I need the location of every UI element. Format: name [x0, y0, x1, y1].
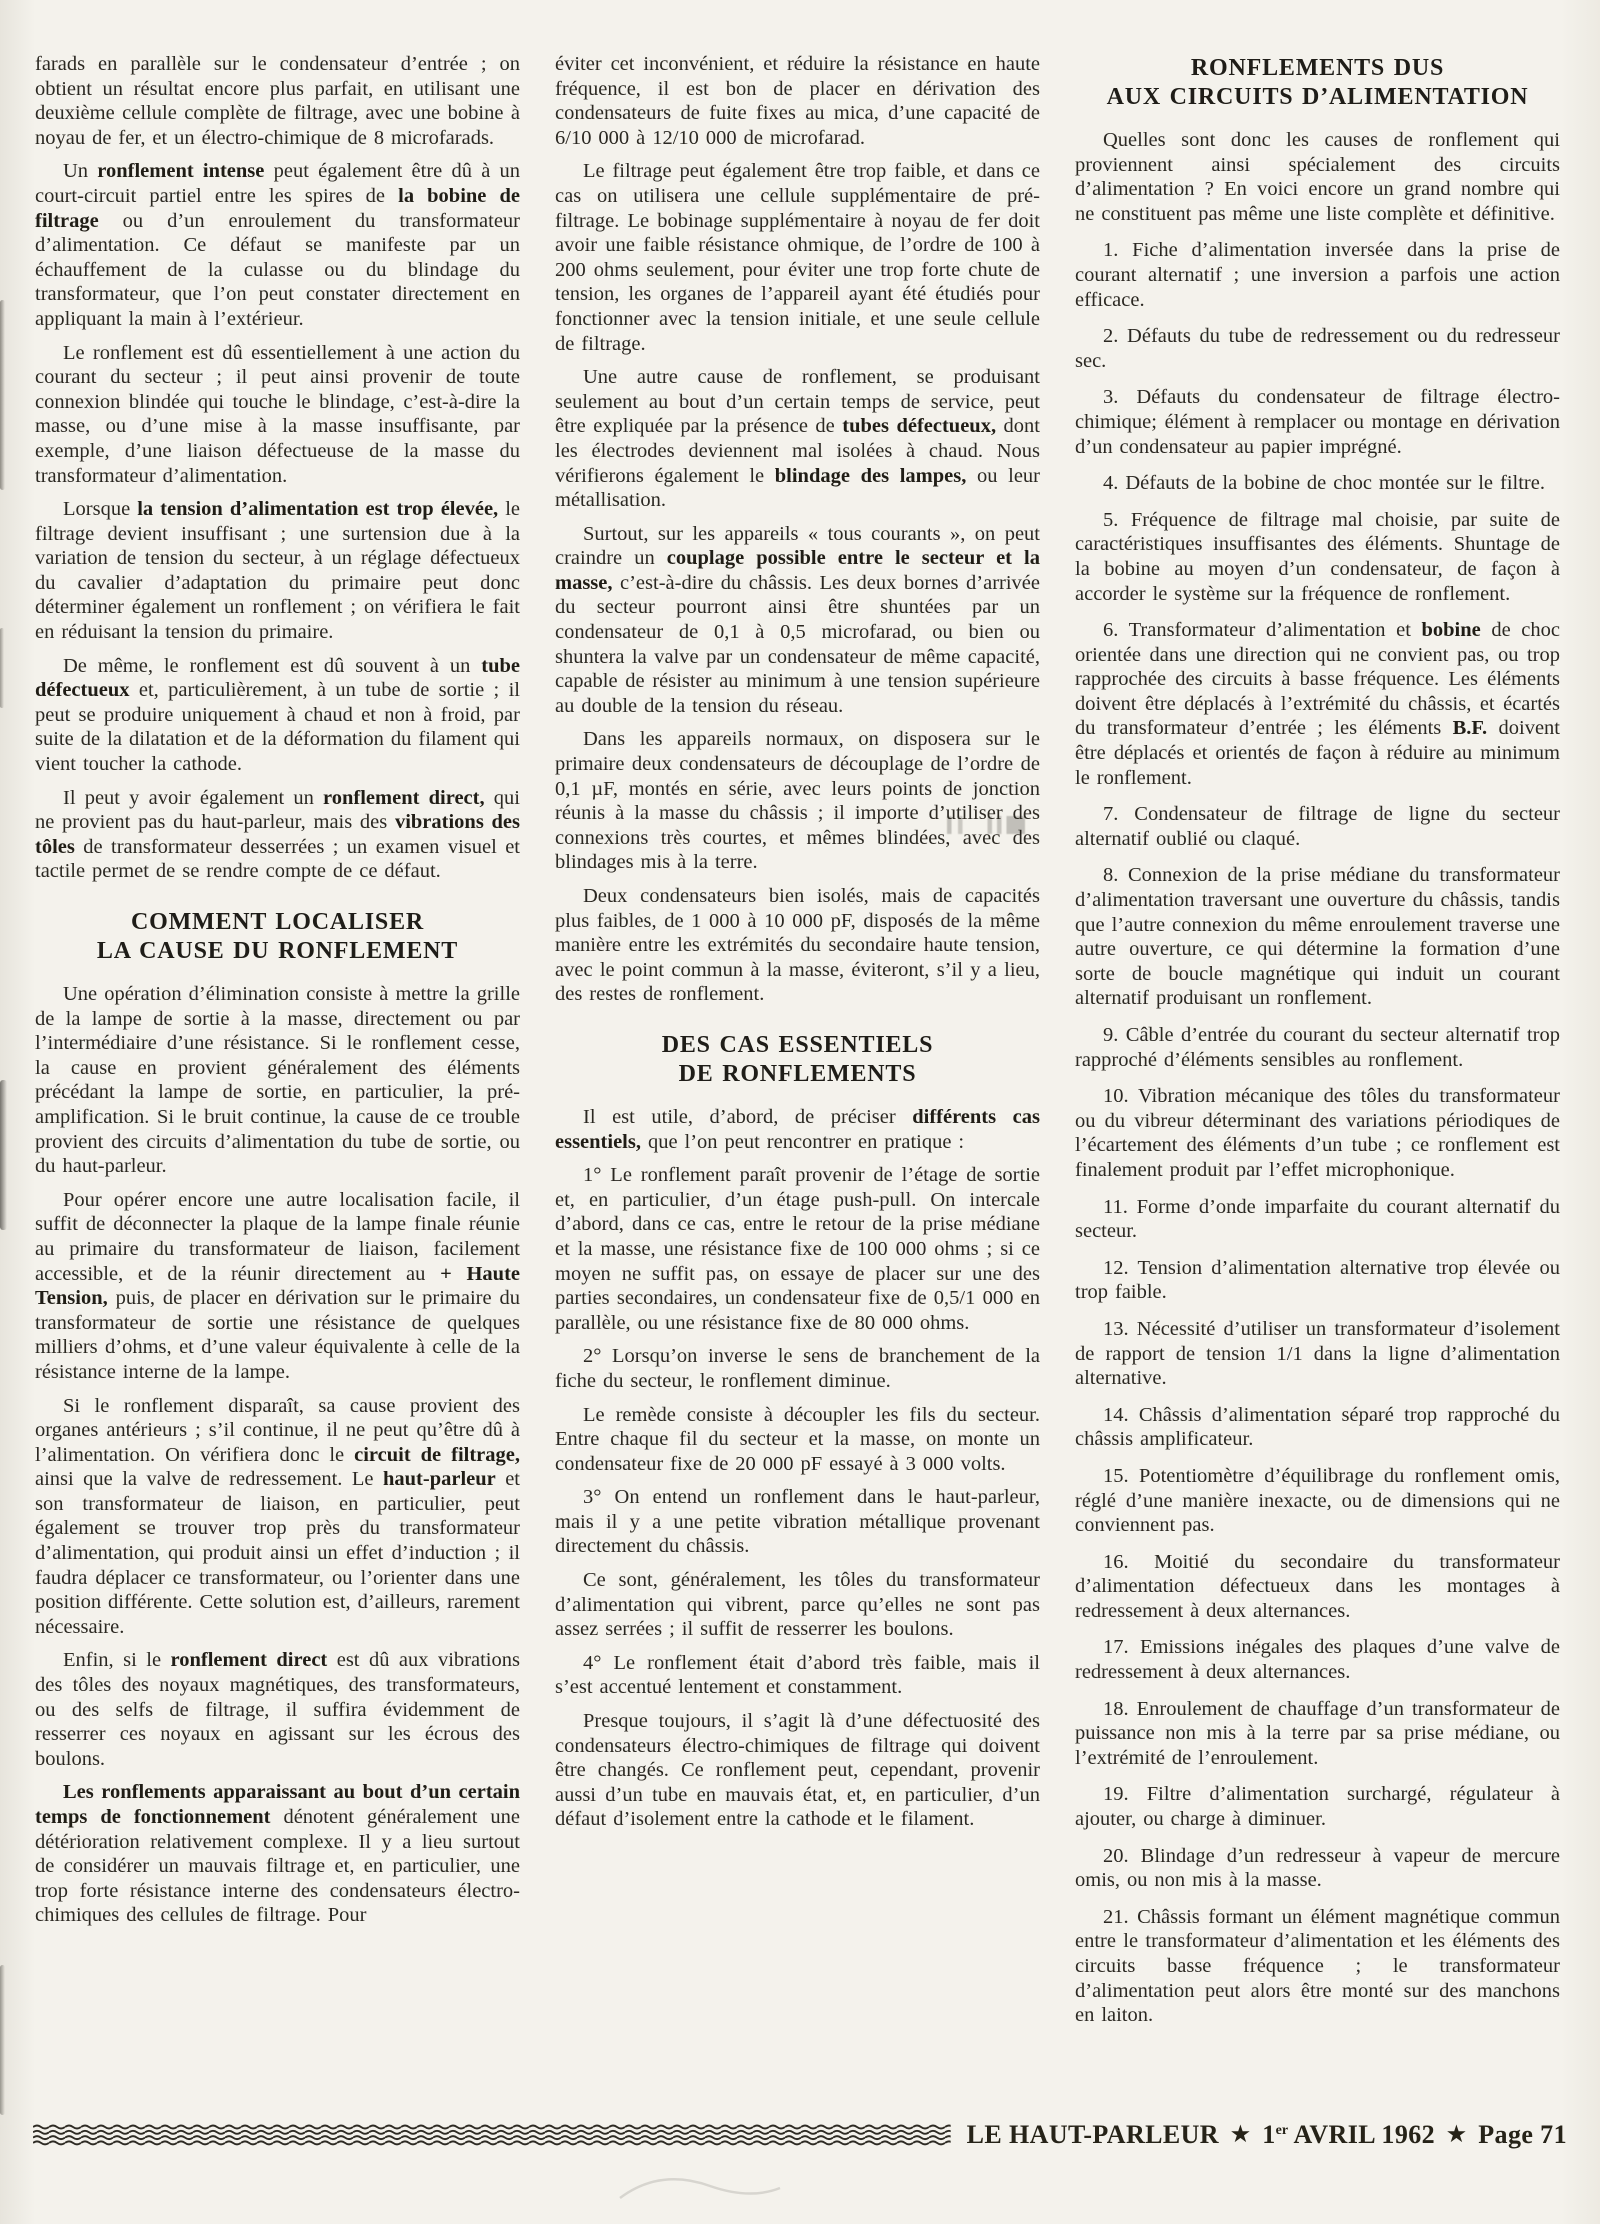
magazine-title: LE HAUT-PARLEUR: [967, 2120, 1219, 2149]
wavy-rule: [33, 2124, 951, 2146]
paragraph: Ce sont, généralement, les tôles du tran…: [555, 1568, 1040, 1642]
paragraph: Deux condensateurs bien isolés, mais de …: [555, 884, 1040, 1007]
section-heading: COMMENT LOCALISERLA CAUSE DU RONFLEMENT: [35, 908, 520, 966]
footer-text: LE HAUT-PARLEUR★1er AVRIL 1962★Page 71: [967, 2120, 1567, 2150]
scan-edge-artifact: [0, 1965, 5, 2115]
paragraph: 18. Enroulement de chauffage d’un transf…: [1075, 1697, 1560, 1771]
paragraph: 9. Câble d’entrée du courant du secteur …: [1075, 1023, 1560, 1072]
paragraph: 4° Le ronflement était d’abord très faib…: [555, 1651, 1040, 1700]
paragraph: 12. Tension d’alimentation alternative t…: [1075, 1256, 1560, 1305]
issue-date: 1er AVRIL 1962: [1262, 2120, 1435, 2149]
page-number: Page 71: [1478, 2120, 1567, 2149]
paragraph: 6. Transformateur d’alimentation et bobi…: [1075, 618, 1560, 790]
paragraph: De même, le ronflement est dû souvent à …: [35, 654, 520, 777]
column-3: RONFLEMENTS DUSAUX CIRCUITS D’ALIMENTATI…: [1075, 52, 1560, 2040]
paragraph: 1. Fiche d’alimentation inversée dans la…: [1075, 238, 1560, 312]
paragraph: 4. Défauts de la bobine de choc montée s…: [1075, 471, 1560, 496]
paragraph: 2° Lorsqu’on inverse le sens de branchem…: [555, 1344, 1040, 1393]
paragraph: Si le ronflement disparaît, sa cause pro…: [35, 1394, 520, 1640]
paragraph: 21. Châssis formant un élément magnétiqu…: [1075, 1905, 1560, 2028]
paragraph: 14. Châssis d’alimentation séparé trop r…: [1075, 1403, 1560, 1452]
paragraph: 13. Nécessité d’utiliser un transformate…: [1075, 1317, 1560, 1391]
column-1: farads en parallèle sur le condensateur …: [35, 52, 520, 2040]
paragraph: 5. Fréquence de filtrage mal choisie, pa…: [1075, 508, 1560, 606]
star-icon: ★: [1231, 2122, 1250, 2147]
magazine-page: farads en parallèle sur le condensateur …: [0, 0, 1600, 2224]
paragraph: 2. Défauts du tube de redressement ou du…: [1075, 324, 1560, 373]
pencil-mark-artifact: [600, 2158, 800, 2218]
paragraph: farads en parallèle sur le condensateur …: [35, 52, 520, 150]
paragraph: 11. Forme d’onde imparfaite du courant a…: [1075, 1195, 1560, 1244]
paragraph: 8. Connexion de la prise médiane du tran…: [1075, 863, 1560, 1011]
paragraph: Le ronflement est dû essentiellement à u…: [35, 341, 520, 489]
paragraph: Lorsque la tension d’alimentation est tr…: [35, 497, 520, 645]
paragraph: 17. Emissions inégales des plaques d’une…: [1075, 1635, 1560, 1684]
paragraph: Pour opérer encore une autre localisatio…: [35, 1188, 520, 1385]
paragraph: éviter cet inconvénient, et réduire la r…: [555, 52, 1040, 150]
scan-edge-artifact: [0, 300, 5, 490]
star-icon: ★: [1447, 2122, 1466, 2147]
paragraph: 19. Filtre d’alimentation surchargé, rég…: [1075, 1782, 1560, 1831]
scan-edge-artifact: [0, 1080, 7, 1230]
paragraph: Presque toujours, il s’agit là d’une déf…: [555, 1709, 1040, 1832]
paragraph: Une opération d’élimination consiste à m…: [35, 982, 520, 1179]
paragraph: Surtout, sur les appareils « tous couran…: [555, 522, 1040, 719]
section-heading: DES CAS ESSENTIELSDE RONFLEMENTS: [555, 1031, 1040, 1089]
paragraph: 3° On entend un ronflement dans le haut-…: [555, 1485, 1040, 1559]
paragraph: Il peut y avoir également un ronflement …: [35, 786, 520, 884]
paragraph: 16. Moitié du secondaire du transformate…: [1075, 1550, 1560, 1624]
paragraph: 1° Le ronflement paraît provenir de l’ét…: [555, 1163, 1040, 1335]
text-columns: farads en parallèle sur le condensateur …: [35, 52, 1560, 2040]
paragraph: 7. Condensateur de filtrage de ligne du …: [1075, 802, 1560, 851]
page-footer: LE HAUT-PARLEUR★1er AVRIL 1962★Page 71: [33, 2112, 1567, 2158]
paragraph: Les ronflements apparaissant au bout d’u…: [35, 1780, 520, 1928]
paragraph: Une autre cause de ronflement, se produi…: [555, 365, 1040, 513]
paragraph: Il est utile, d’abord, de préciser diffé…: [555, 1105, 1040, 1154]
paragraph: Quelles sont donc les causes de ronfleme…: [1075, 128, 1560, 226]
paragraph: 20. Blindage d’un redresseur à vapeur de…: [1075, 1844, 1560, 1893]
paragraph: Enfin, si le ronflement direct est dû au…: [35, 1648, 520, 1771]
paragraph: 3. Défauts du condensateur de filtrage é…: [1075, 385, 1560, 459]
paragraph: 15. Potentiomètre d’équilibrage du ronfl…: [1075, 1464, 1560, 1538]
column-2: éviter cet inconvénient, et réduire la r…: [555, 52, 1040, 2040]
paragraph: Le filtrage peut également être trop fai…: [555, 159, 1040, 356]
scan-edge-artifact: [0, 628, 4, 708]
paragraph: Dans les appareils normaux, on disposera…: [555, 727, 1040, 875]
paragraph: 10. Vibration mécanique des tôles du tra…: [1075, 1084, 1560, 1182]
section-heading: RONFLEMENTS DUSAUX CIRCUITS D’ALIMENTATI…: [1075, 54, 1560, 112]
paragraph: Un ronflement intense peut également êtr…: [35, 159, 520, 331]
paragraph: Le remède consiste à découpler les fils …: [555, 1403, 1040, 1477]
